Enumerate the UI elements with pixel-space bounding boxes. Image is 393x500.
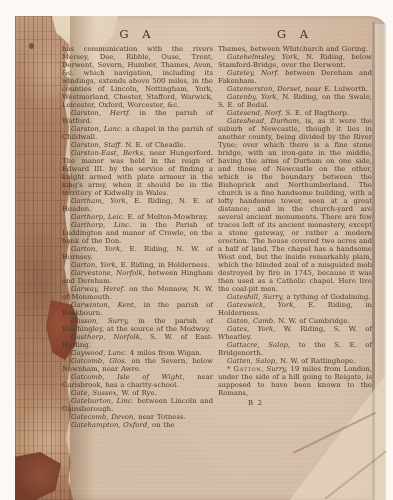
gazetteer-entry: Gatcomb, Glos. on the Severn, below Newn… bbox=[62, 357, 213, 373]
entry-description: is, as it were the suburb of Newcastle, … bbox=[218, 117, 372, 293]
gazetteer-entries-right: Gatehelmsley, York, N. Riding, below Sta… bbox=[218, 53, 372, 365]
entry-place-name: Gateburton, Linc. bbox=[71, 397, 134, 405]
entry-description: 4 miles from Wigan. bbox=[130, 349, 202, 357]
entry-place-name: Gateley, Norf. bbox=[227, 69, 279, 77]
entry-description: N. E. of Cheadle. bbox=[125, 141, 186, 149]
entry-description: a tything of Godalming. bbox=[287, 293, 371, 301]
continuation-paragraph: Thames, between Whitchurch and Goring. bbox=[218, 45, 372, 53]
gazetteer-entry: Gatehelmsley, York, N. Riding, below Sta… bbox=[218, 53, 372, 69]
entry-place-name: Gatcomb, Isle of Wight, bbox=[71, 373, 184, 381]
entry-place-name: Gateshill, Surry, bbox=[227, 293, 284, 301]
entry-place-name: Gateswick, York, bbox=[227, 301, 296, 309]
gazetteer-entry: Gatenby, York, N. Riding, on the Swale, … bbox=[218, 93, 372, 109]
entry-description: near E. Lulworth. bbox=[305, 85, 367, 93]
entry-county: , Surry, bbox=[261, 365, 287, 373]
entry-place-name: Garston-East, Berks, bbox=[71, 149, 145, 157]
entry-description: S. E. of Bagthorp. bbox=[285, 109, 349, 117]
gazetteer-entry-gatton: * Gatton, Surry, 19 miles from London, u… bbox=[218, 365, 372, 397]
entry-place-name: Gartham, York, bbox=[71, 197, 128, 205]
column-header-right: G A bbox=[218, 27, 372, 41]
spine-speck bbox=[29, 43, 34, 49]
entry-place-name: Gatesend, Norf. bbox=[227, 109, 283, 117]
entry-place-name: Garway, Heref. bbox=[71, 285, 125, 293]
entry-description: near Hungerford. The manor was held in t… bbox=[62, 149, 213, 197]
text-column-left: has communication with the rivers Mersey… bbox=[62, 45, 213, 429]
gazetteer-entry: Garston-East, Berks, near Hungerford. Th… bbox=[62, 149, 213, 197]
gazetteer-entry: Gattacre, Salop, to the S. E. of Bridgen… bbox=[218, 341, 372, 357]
gazetteer-entry: Gatcomb, Isle of Wight, near Carisbrook,… bbox=[62, 373, 213, 389]
gazetteer-entry: Garston, Staff. N. E. of Cheadle. bbox=[62, 141, 213, 149]
entry-place-name: Garston, Lanc. bbox=[71, 125, 123, 133]
entry-star-mark: * bbox=[227, 365, 230, 373]
entry-place-name: Gasthorp, Norfolk, bbox=[71, 333, 142, 341]
gazetteer-entry: Garwinton, Kent, in the parish of Beakbo… bbox=[62, 301, 213, 317]
entry-place-name: Gattacre, Salop, bbox=[227, 341, 290, 349]
entry-place-name: Garvestone, Norfolk, bbox=[71, 269, 145, 277]
entry-place-name: Garwinton, Kent, bbox=[71, 301, 136, 309]
entry-description: E. Riding, in Holderness. bbox=[121, 261, 210, 269]
gazetteer-entry: Gaton, Camb. N. W. of Cambridge. bbox=[218, 317, 372, 325]
entry-place-name: Gatehelmsley, York, bbox=[227, 53, 300, 61]
entry-description: E. of Melton-Mowbray. bbox=[127, 213, 207, 221]
gazetteer-entry: Gasthorp, Norfolk, S. W. of East-Harling… bbox=[62, 333, 213, 349]
gazetteer-entry: Gateley, Norf. between Dereham and Faken… bbox=[218, 69, 372, 85]
entry-place-name: Garston, Staff. bbox=[71, 141, 122, 149]
gazetteer-entry: Gatesend, Norf. S. E. of Bagthorp. bbox=[218, 109, 372, 117]
text-column-right: Thames, between Whitchurch and Goring. G… bbox=[218, 45, 372, 407]
entry-place-name: Gatcomb, Glos. bbox=[71, 357, 127, 365]
entry-description: on the bbox=[152, 421, 175, 429]
gazetteer-entry: Gateshead, Durham, is, as it were the su… bbox=[218, 117, 372, 293]
entry-place-name: Gasson, Surry, bbox=[71, 317, 129, 325]
entry-place-name: Gatton bbox=[234, 365, 262, 373]
entry-place-name: Garton, York, bbox=[71, 261, 118, 269]
gazetteer-entry: Gartham, York, E. Riding, N. E. of Heado… bbox=[62, 197, 213, 213]
gazetteer-entry: Gate, Sussex, W. of Rye. bbox=[62, 389, 213, 397]
gazetteer-entry: Garthorp, Linc. in the Parish of Ludding… bbox=[62, 221, 213, 245]
entry-place-name: Garthorp, Leic. bbox=[71, 213, 125, 221]
gazetteer-entry: Gateburton, Linc. between Lincoln and Ga… bbox=[62, 397, 213, 413]
entry-description: near Totness. bbox=[138, 413, 185, 421]
gazetteer-entry: Gatehampton, Oxford, on the bbox=[62, 421, 213, 429]
entry-place-name: Garton, York, bbox=[71, 245, 122, 253]
gazetteer-entry: Garvestone, Norfolk, between Hingham and… bbox=[62, 269, 213, 285]
entry-description: N. W. of Cambridge. bbox=[278, 317, 350, 325]
entry-place-name: Gatten, Salop, bbox=[227, 357, 277, 365]
continuation-paragraph: has communication with the rivers Mersey… bbox=[62, 45, 213, 109]
entry-place-name: Gatemerston, Dorset, bbox=[227, 85, 303, 93]
gazetteer-entry: Garston, Lanc. a chapel in the parish of… bbox=[62, 125, 213, 141]
gazetteer-entry: Gateshill, Surry, a tything of Godalming… bbox=[218, 293, 372, 301]
gazetteer-entry: Gasson, Surry, in the parish of Bleching… bbox=[62, 317, 213, 333]
gazetteer-entry: Gaywood, Lanc. 4 miles from Wigan. bbox=[62, 349, 213, 357]
entry-place-name: Gates, York, bbox=[227, 325, 275, 333]
entry-place-name: Gaywood, Lanc. bbox=[71, 349, 127, 357]
gazetteer-entry: Garton, York, E. Riding, N. W. of Hornse… bbox=[62, 245, 213, 261]
gazetteer-entry: Garton, York, E. Riding, in Holderness. bbox=[62, 261, 213, 269]
entry-description: N. W. of Ratlinghope. bbox=[280, 357, 355, 365]
gazetteer-entry: Garston, Hertf. in the parish of Watford… bbox=[62, 109, 213, 125]
entry-place-name: Gaton, Camb. bbox=[227, 317, 275, 325]
gazetteer-entry: Garway, Heref. on the Monnow, N. W. of M… bbox=[62, 285, 213, 301]
entry-place-name: Garston, Hertf. bbox=[71, 109, 131, 117]
entry-place-name: Gatecomb, Devon, bbox=[71, 413, 136, 421]
gazetteer-entry: Gates, York, W. Riding, S. W. of Wheatle… bbox=[218, 325, 372, 341]
entry-place-name: Gateshead, Durham, bbox=[227, 117, 301, 125]
gazetteer-entry: Gateswick, York, E. Riding, in Holdernes… bbox=[218, 301, 372, 317]
book-scan: G A G A has communication with the river… bbox=[0, 0, 393, 500]
gazetteer-entry: Gatten, Salop, N. W. of Ratlinghope. bbox=[218, 357, 372, 365]
entry-place-name: Gate, Sussex, bbox=[71, 389, 119, 397]
gazetteer-entries-left: Garston, Hertf. in the parish of Watford… bbox=[62, 109, 213, 429]
entry-description: W. of Rye. bbox=[121, 389, 156, 397]
gazetteer-entry: Gatemerston, Dorset, near E. Lulworth. bbox=[218, 85, 372, 93]
signature-mark: B 2 bbox=[218, 399, 372, 407]
entry-place-name: Garthorp, Linc. bbox=[71, 221, 131, 229]
gazetteer-entry: Garthorp, Leic. E. of Melton-Mowbray. bbox=[62, 213, 213, 221]
entry-place-name: Gatenby, York, bbox=[227, 93, 279, 101]
entry-place-name: Gatehampton, Oxford, bbox=[71, 421, 149, 429]
under-page-edge bbox=[375, 24, 386, 500]
gazetteer-entry: Gatecomb, Devon, near Totness. bbox=[62, 413, 213, 421]
column-header-left: G A bbox=[62, 27, 213, 41]
